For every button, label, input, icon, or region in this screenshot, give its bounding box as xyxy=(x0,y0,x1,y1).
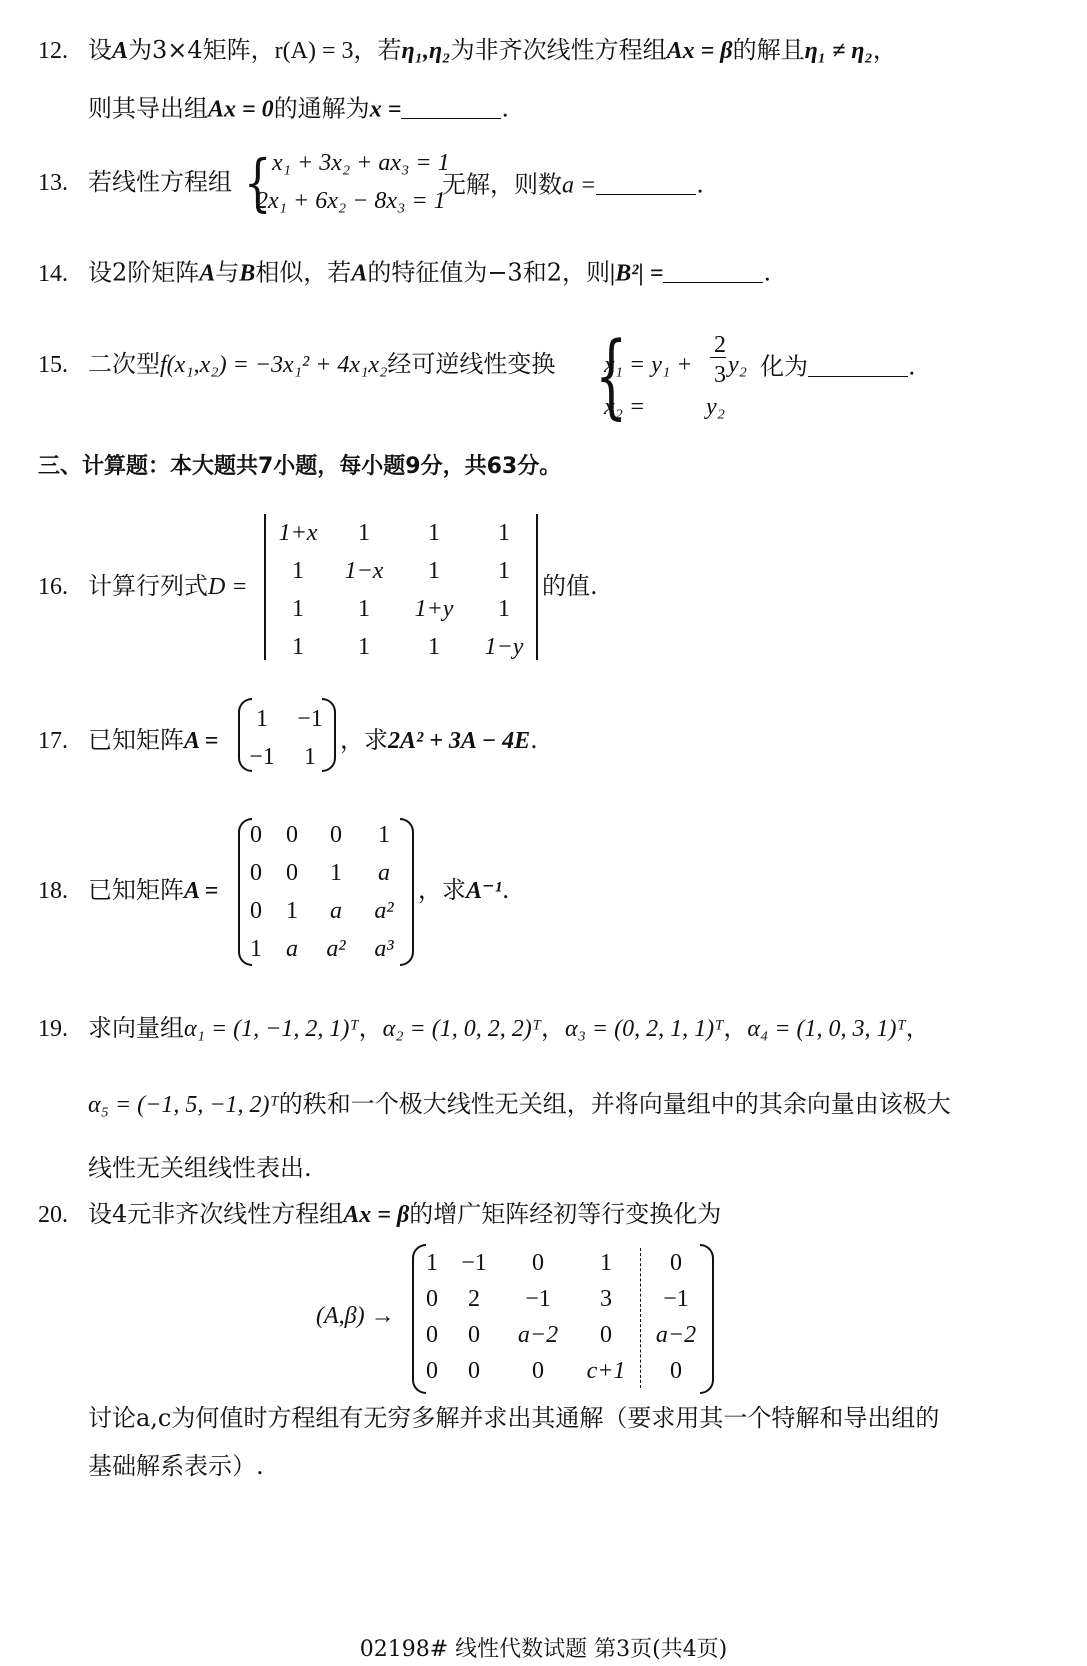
transform-eq1-lhs: x₁ = y₁ + xyxy=(604,352,692,379)
paren-right xyxy=(322,698,336,772)
equation-2: 2x₁ + 6x₂ − 8x₃ = 1 xyxy=(256,188,446,215)
text: 若线性方程组 xyxy=(88,168,232,196)
matrix-cell: a² xyxy=(374,898,393,925)
math-equation: Ax = β xyxy=(343,1202,409,1228)
matrix-cell: 1+y xyxy=(415,596,454,623)
matrix-cell: 0 xyxy=(330,822,342,849)
matrix-cell: 1 xyxy=(428,634,440,661)
matrix-cell: a xyxy=(286,936,298,963)
matrix-cell: 1−x xyxy=(345,558,384,585)
matrix-cell: 0 xyxy=(426,1286,438,1313)
text: ， xyxy=(541,1014,565,1042)
text: . xyxy=(530,726,538,754)
matrix-cell: 1 xyxy=(498,520,510,547)
text: 与 xyxy=(215,259,239,287)
matrix-cell: a² xyxy=(326,936,345,963)
determinant-bar-right xyxy=(536,514,538,660)
question-18: 18.已知矩阵A = xyxy=(38,878,218,903)
matrix-cell: 0 xyxy=(532,1358,544,1385)
matrix-cell: 0 xyxy=(670,1358,682,1385)
paren-left xyxy=(412,1244,426,1394)
text: 的特征值为−3和2，则 xyxy=(367,259,610,287)
text: 则其导出组 xyxy=(88,95,208,123)
matrix-cell: 1 xyxy=(358,596,370,623)
question-17: 17.已知矩阵A = xyxy=(38,728,218,753)
matrix-cell: 0 xyxy=(250,898,262,925)
question-number: 18. xyxy=(38,879,88,903)
augmented-matrix-label: (A,β) → xyxy=(316,1304,395,1328)
question-13: 13.若线性方程组 xyxy=(38,170,232,195)
text: 为非齐次线性方程组 xyxy=(451,36,667,64)
math-inequality: η₁ ≠ η₂ xyxy=(805,38,873,64)
matrix-cell: 1 xyxy=(358,520,370,547)
text: 的增广矩阵经初等行变换化为 xyxy=(409,1200,721,1228)
vector-alpha-5: α₅ = (−1, 5, −1, 2)ᵀ xyxy=(88,1092,279,1118)
text: 设2阶矩阵 xyxy=(88,259,199,287)
matrix-cell: 1+x xyxy=(279,520,318,547)
matrix-cell: −1 xyxy=(525,1286,551,1313)
determinant-bar-left xyxy=(264,514,266,660)
math-etas: η₁,η₂ xyxy=(402,38,451,64)
text: 二次型 xyxy=(88,350,160,378)
answer-blank xyxy=(596,170,696,195)
matrix-cell: a xyxy=(330,898,342,925)
text: . xyxy=(502,876,510,904)
math-rank: r(A) = 3 xyxy=(275,38,354,64)
matrix-cell: a xyxy=(378,860,390,887)
text: 设 xyxy=(88,36,112,64)
question-19-line-2: α₅ = (−1, 5, −1, 2)ᵀ的秩和一个极大线性无关组，并将向量组中的… xyxy=(88,1092,951,1117)
question-number: 20. xyxy=(38,1203,88,1227)
fraction-bar xyxy=(710,357,726,358)
matrix-cell: 0 xyxy=(426,1358,438,1385)
matrix-cell: 1 xyxy=(498,596,510,623)
question-20-line-1: 20.设4元非齐次线性方程组Ax = β的增广矩阵经初等行变换化为 xyxy=(38,1202,721,1227)
text: . xyxy=(696,171,704,199)
text: . xyxy=(763,259,771,287)
matrix-cell: 1 xyxy=(292,558,304,585)
text: 设4元非齐次线性方程组 xyxy=(88,1200,343,1228)
text: 计算行列式 xyxy=(88,572,208,600)
text: ， xyxy=(906,1014,930,1042)
question-16: 16.计算行列式D = xyxy=(38,574,248,599)
matrix-cell: a³ xyxy=(374,936,393,963)
question-12-line-1: 12.设A为3×4矩阵，r(A) = 3，若η₁,η₂为非齐次线性方程组Ax =… xyxy=(38,38,897,63)
question-20-line-2: 讨论a,c为何值时方程组有无穷多解并求出其通解（要求用其一个特解和导出组的 xyxy=(88,1406,939,1430)
question-15-tail: 化为. xyxy=(760,352,916,379)
math-inverse: A⁻¹ xyxy=(466,878,502,904)
vector-alpha-2: α₂ = (1, 0, 2, 2)ᵀ xyxy=(383,1016,541,1042)
text: 化为 xyxy=(760,353,808,381)
question-13-tail: 无解，则数a =. xyxy=(442,170,704,198)
matrix-cell: 0 xyxy=(468,1358,480,1385)
question-number: 15. xyxy=(38,353,88,377)
text: ，求 xyxy=(340,726,388,754)
matrix-cell: −1 xyxy=(297,706,323,733)
text: 无解，则数 xyxy=(442,171,562,199)
question-number: 16. xyxy=(38,575,88,599)
augmented-divider xyxy=(640,1248,641,1388)
answer-blank xyxy=(808,352,908,377)
math-A: A xyxy=(351,261,367,287)
paren-right xyxy=(700,1244,714,1394)
page-footer: 02198# 线性代数试题 第3页(共4页) xyxy=(0,1632,1087,1663)
matrix-cell: 0 xyxy=(670,1250,682,1277)
fraction-denominator: 3 xyxy=(714,362,726,389)
matrix-cell: −1 xyxy=(461,1250,487,1277)
text: 相似，若 xyxy=(255,259,351,287)
question-number: 14. xyxy=(38,262,88,286)
matrix-cell: c+1 xyxy=(587,1358,626,1385)
matrix-cell: a−2 xyxy=(518,1322,558,1349)
vector-alpha-4: α₄ = (1, 0, 3, 1)ᵀ xyxy=(747,1016,905,1042)
matrix-cell: 1 xyxy=(330,860,342,887)
matrix-cell: 1 xyxy=(304,744,316,771)
transform-eq2-lhs: x₂ = xyxy=(604,394,645,421)
matrix-cell: 0 xyxy=(468,1322,480,1349)
math-A: A = xyxy=(184,878,218,904)
question-17-tail: ，求2A² + 3A − 4E. xyxy=(340,728,538,753)
matrix-cell: −1 xyxy=(663,1286,689,1313)
matrix-cell: 0 xyxy=(426,1322,438,1349)
question-number: 19. xyxy=(38,1017,88,1041)
matrix-cell: 1 xyxy=(286,898,298,925)
text: 为3×4矩阵， xyxy=(128,36,275,64)
matrix-cell: 0 xyxy=(532,1250,544,1277)
matrix-cell: 0 xyxy=(600,1322,612,1349)
math-expression: 2A² + 3A − 4E xyxy=(388,728,530,754)
question-16-tail: 的值. xyxy=(542,574,598,598)
matrix-cell: 1 xyxy=(250,936,262,963)
text: . xyxy=(501,95,509,123)
question-20-line-3: 基础解系表示）. xyxy=(88,1454,264,1478)
math-D: D = xyxy=(208,574,248,600)
matrix-cell: 1 xyxy=(498,558,510,585)
vector-alpha-3: α₃ = (0, 2, 1, 1)ᵀ xyxy=(565,1016,723,1042)
matrix-cell: 1 xyxy=(600,1250,612,1277)
math-x: x = xyxy=(370,97,402,123)
vector-alpha-1: α₁ = (1, −1, 2, 1)ᵀ xyxy=(184,1016,359,1042)
transform-eq1-rhs: y₂ xyxy=(728,352,747,379)
question-19-line-1: 19.求向量组α₁ = (1, −1, 2, 1)ᵀ，α₂ = (1, 0, 2… xyxy=(38,1016,930,1041)
answer-blank xyxy=(401,94,501,119)
text: 的秩和一个极大线性无关组，并将向量组中的其余向量由该极大 xyxy=(279,1090,951,1118)
math-a: a = xyxy=(562,173,596,199)
text: 求向量组 xyxy=(88,1014,184,1042)
question-19-line-3: 线性无关组线性表出. xyxy=(88,1156,312,1180)
matrix-cell: 1 xyxy=(292,596,304,623)
matrix-cell: 1 xyxy=(426,1250,438,1277)
text: ，若 xyxy=(354,36,402,64)
matrix-cell: 1 xyxy=(292,634,304,661)
text: ，求 xyxy=(418,876,466,904)
matrix-cell: 0 xyxy=(250,860,262,887)
question-12-line-2: 则其导出组Ax = 0的通解为x =. xyxy=(88,94,509,122)
text: 已知矩阵 xyxy=(88,876,184,904)
text: 经可逆线性变换 xyxy=(387,350,555,378)
matrix-cell: 1−y xyxy=(485,634,524,661)
question-15: 15.二次型f(x₁,x₂) = −3x₁² + 4x₁x₂经可逆线性变换 xyxy=(38,352,555,377)
question-number: 12. xyxy=(38,39,88,63)
math-A: A = xyxy=(184,728,218,754)
matrix-cell: 1 xyxy=(256,706,268,733)
matrix-cell: 1 xyxy=(428,558,440,585)
matrix-cell: 0 xyxy=(250,822,262,849)
question-14: 14.设2阶矩阵A与B相似，若A的特征值为−3和2，则|B²| =. xyxy=(38,258,771,286)
matrix-cell: 3 xyxy=(600,1286,612,1313)
matrix-cell: 0 xyxy=(286,860,298,887)
matrix-cell: 1 xyxy=(428,520,440,547)
answer-blank xyxy=(663,258,763,283)
question-number: 17. xyxy=(38,729,88,753)
math-determinant: |B²| = xyxy=(610,261,663,287)
text: 的解且 xyxy=(733,36,805,64)
equation-1: x₁ + 3x₂ + ax₃ = 1 xyxy=(272,150,450,177)
question-18-tail: ，求A⁻¹. xyxy=(418,878,510,903)
text: ， xyxy=(359,1014,383,1042)
matrix-cell: −1 xyxy=(249,744,275,771)
fraction-numerator: 2 xyxy=(714,332,726,359)
matrix-cell: a−2 xyxy=(656,1322,696,1349)
text: ， xyxy=(723,1014,747,1042)
matrix-cell: 1 xyxy=(378,822,390,849)
matrix-cell: 2 xyxy=(468,1286,480,1313)
math-A: A xyxy=(112,38,128,64)
math-equation: Ax = 0 xyxy=(208,97,274,123)
math-B: B xyxy=(239,261,255,287)
text: ， xyxy=(873,36,897,64)
matrix-cell: 0 xyxy=(286,822,298,849)
math-A: A xyxy=(199,261,215,287)
transform-eq2-rhs: y₂ xyxy=(706,394,725,421)
text: 已知矩阵 xyxy=(88,726,184,754)
matrix-cell: 1 xyxy=(358,634,370,661)
math-quadratic-form: f(x₁,x₂) = −3x₁² + 4x₁x₂ xyxy=(160,352,387,378)
text: . xyxy=(908,353,916,381)
paren-right xyxy=(400,818,414,966)
text: 的通解为 xyxy=(274,95,370,123)
math-equation: Ax = β xyxy=(667,38,733,64)
section-title: 三、计算题：本大题共7小题，每小题9分，共63分。 xyxy=(38,456,561,478)
question-number: 13. xyxy=(38,171,88,195)
